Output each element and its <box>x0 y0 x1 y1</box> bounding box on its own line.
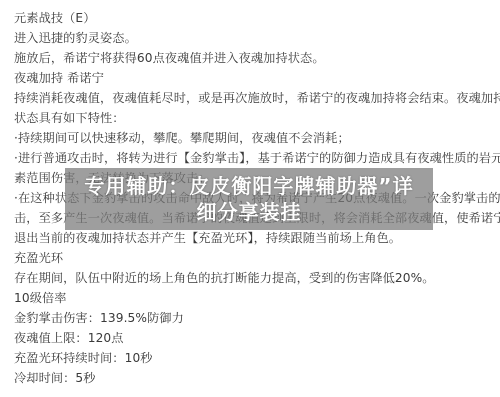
stat-line: 金豹掌击伤害：139.5%防御力 <box>14 308 494 328</box>
banner-title-line-2: 细分享装挂 <box>197 199 302 225</box>
banner-title-line-1: 专用辅助：皮皮衡阳字牌辅助器”详 <box>84 173 413 199</box>
overlay-banner: 专用辅助：皮皮衡阳字牌辅助器”详 细分享装挂 <box>65 168 433 230</box>
text-line: 持续消耗夜魂值，夜魂值耗尽时，或是再次施放时，希诺宁的夜魂加持将会结束。夜魂加持 <box>14 88 494 108</box>
text-line: 存在期间，队伍中附近的场上角色的抗打断能力提高，受到的伤害降低20%。 <box>14 268 494 288</box>
text-line: 进入迅捷的豹灵姿态。 <box>14 28 494 48</box>
subsection-title-night-soul: 夜魂加持 希诺宁 <box>14 68 494 88</box>
text-line: 退出当前的夜魂加持状态并产生【充盈光环】，持续跟随当前场上角色。 <box>14 228 494 248</box>
subsection-title-aura: 充盈光环 <box>14 248 494 268</box>
text-line: 施放后，希诺宁将获得60点夜魂值并进入夜魂加持状态。 <box>14 48 494 68</box>
subsection-title-level-scaling: 10级倍率 <box>14 288 494 308</box>
text-line: 状态具有如下特性： <box>14 108 494 128</box>
stat-line: 充盈光环持续时间：10秒 <box>14 348 494 368</box>
stat-line: 冷却时间：5秒 <box>14 368 494 388</box>
bullet-line: ·持续期间可以快速移动，攀爬。攀爬期间，夜魂值不会消耗； <box>14 128 494 148</box>
stat-line: 夜魂值上限：120点 <box>14 328 494 348</box>
bullet-line: ·进行普通攻击时，将转为进行【金豹掌击】，基于希诺宁的防御力造成具有夜魂性质的岩… <box>14 148 494 168</box>
section-title-elemental-skill: 元素战技（E） <box>14 8 494 28</box>
